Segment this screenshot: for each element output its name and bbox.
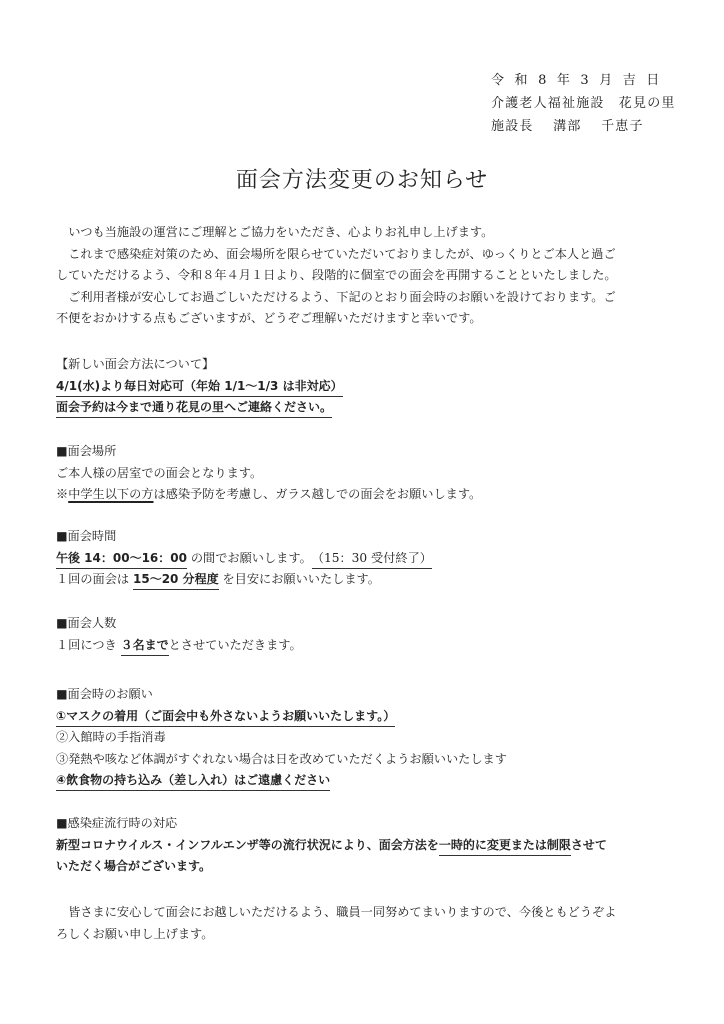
new-method-section: 【新しい面会方法について】 4/1(水)より毎日対応可（年始 1/1～1/3 は…: [56, 354, 676, 419]
header-block: 令 和 8 年 3 月 吉 日 介護老人福祉施設 花見の里 施設長 溝部 千恵子: [491, 69, 671, 138]
request-item-unwell: ③発熱や咳など体調がすぐれない場合は日を改めていただくようお願いいたします: [56, 749, 676, 771]
intro-line: いつも当施設の運営にご理解とご協力をいただき、心よりお礼申し上げます。: [56, 222, 676, 244]
location-note-emphasis: 中学生以下の方: [68, 487, 153, 501]
time-section: ■面会時間 午後 14：00～16：00 の間でお願いします。（15：30 受付…: [56, 526, 676, 591]
location-section: ■面会場所 ご本人様の居室での面会となります。 ※中学生以下の方は感染予防を考慮…: [56, 441, 676, 506]
intro-paragraph: いつも当施設の運営にご理解とご協力をいただき、心よりお礼申し上げます。 これまで…: [56, 222, 676, 330]
outbreak-line: 新型コロナウイルス・インフルエンザ等の流行状況により、面会方法を一時的に変更また…: [56, 835, 676, 857]
notice-page: 令 和 8 年 3 月 吉 日 介護老人福祉施設 花見の里 施設長 溝部 千恵子…: [0, 0, 724, 1024]
location-note-text: は感染予防を考慮し、ガラス越しでの面会をお願いします。: [154, 487, 482, 501]
request-item-food: ④飲食物の持ち込み（差し入れ）はご遠慮ください: [56, 771, 330, 791]
request-item-sanitize: ②入館時の手指消毒: [56, 727, 676, 749]
organization-name: 介護老人福祉施設 花見の里: [491, 92, 671, 115]
people-rest: とさせていただきます。: [169, 638, 302, 652]
time-line: 午後 14：00～16：00 の間でお願いします。（15：30 受付終了）: [56, 548, 676, 570]
signatory: 施設長 溝部 千恵子: [491, 115, 671, 138]
outbreak-prefix: 新型コロナウイルス・インフルエンザ等の流行状況により、面会方法を: [56, 838, 439, 852]
new-method-start-date: 4/1(水)より毎日対応可（年始 1/1～1/3 は非対応）: [56, 377, 343, 397]
duration-prefix: １回の面会は: [56, 572, 133, 586]
people-section: ■面会人数 １回につき ３名までとさせていただきます。: [56, 613, 676, 656]
location-heading: ■面会場所: [56, 441, 676, 463]
people-prefix: １回につき: [56, 638, 121, 652]
location-line: ご本人様の居室での面会となります。: [56, 463, 676, 485]
intro-line: 不便をおかけする点もございますが、どうぞご理解いただけますと幸いです。: [56, 308, 676, 330]
new-method-heading: 【新しい面会方法について】: [56, 354, 676, 376]
visit-duration: 15～20 分程度: [133, 570, 219, 590]
visiting-hours-text: の間でお願いします。: [187, 551, 312, 565]
intro-line: これまで感染症対策のため、面会場所を限らせていただいておりましたが、ゆっくりとご…: [56, 244, 676, 266]
issue-date: 令 和 8 年 3 月 吉 日: [491, 69, 671, 92]
note-mark: ※: [56, 487, 68, 501]
closing-line: 皆さまに安心して面会にお越しいただけるよう、職員一同努めてまいりますので、今後と…: [56, 902, 676, 924]
time-heading: ■面会時間: [56, 526, 676, 548]
max-visitors: ３名まで: [121, 636, 169, 656]
reception-end: （15：30 受付終了）: [312, 549, 432, 569]
outbreak-section: ■感染症流行時の対応 新型コロナウイルス・インフルエンザ等の流行状況により、面会…: [56, 813, 676, 878]
location-note: ※中学生以下の方は感染予防を考慮し、ガラス越しでの面会をお願いします。: [56, 484, 676, 506]
intro-line: ご利用者様が安心してお過ごしいただけるよう、下記のとおり面会時のお願いを設けてお…: [56, 287, 676, 309]
people-heading: ■面会人数: [56, 613, 676, 635]
closing-section: 皆さまに安心して面会にお越しいただけるよう、職員一同努めてまいりますので、今後と…: [56, 902, 676, 945]
requests-section: ■面会時のお願い ①マスクの着用（ご面会中も外さないようお願いいたします。） ②…: [56, 684, 676, 792]
outbreak-heading: ■感染症流行時の対応: [56, 813, 676, 835]
outbreak-suffix: させて: [571, 838, 607, 852]
outbreak-line-2: いただく場合がございます。: [56, 856, 676, 878]
document-title: 面会方法変更のお知らせ: [0, 163, 724, 194]
requests-heading: ■面会時のお願い: [56, 684, 676, 706]
closing-line: ろしくお願い申し上げます。: [56, 924, 676, 946]
duration-line: １回の面会は 15～20 分程度 を目安にお願いいたします。: [56, 569, 676, 591]
request-item-mask: ①マスクの着用（ご面会中も外さないようお願いいたします。）: [56, 707, 395, 727]
outbreak-emphasis: 一時的に変更または制限: [439, 836, 571, 856]
people-line: １回につき ３名までとさせていただきます。: [56, 635, 676, 657]
duration-rest: を目安にお願いいたします。: [219, 572, 380, 586]
intro-line: していただけるよう、令和８年４月１日より、段階的に個室での面会を再開することとい…: [56, 265, 676, 287]
visiting-hours: 午後 14：00～16：00: [56, 549, 187, 569]
new-method-reservation: 面会予約は今まで通り花見の里へご連絡ください。: [56, 398, 332, 418]
